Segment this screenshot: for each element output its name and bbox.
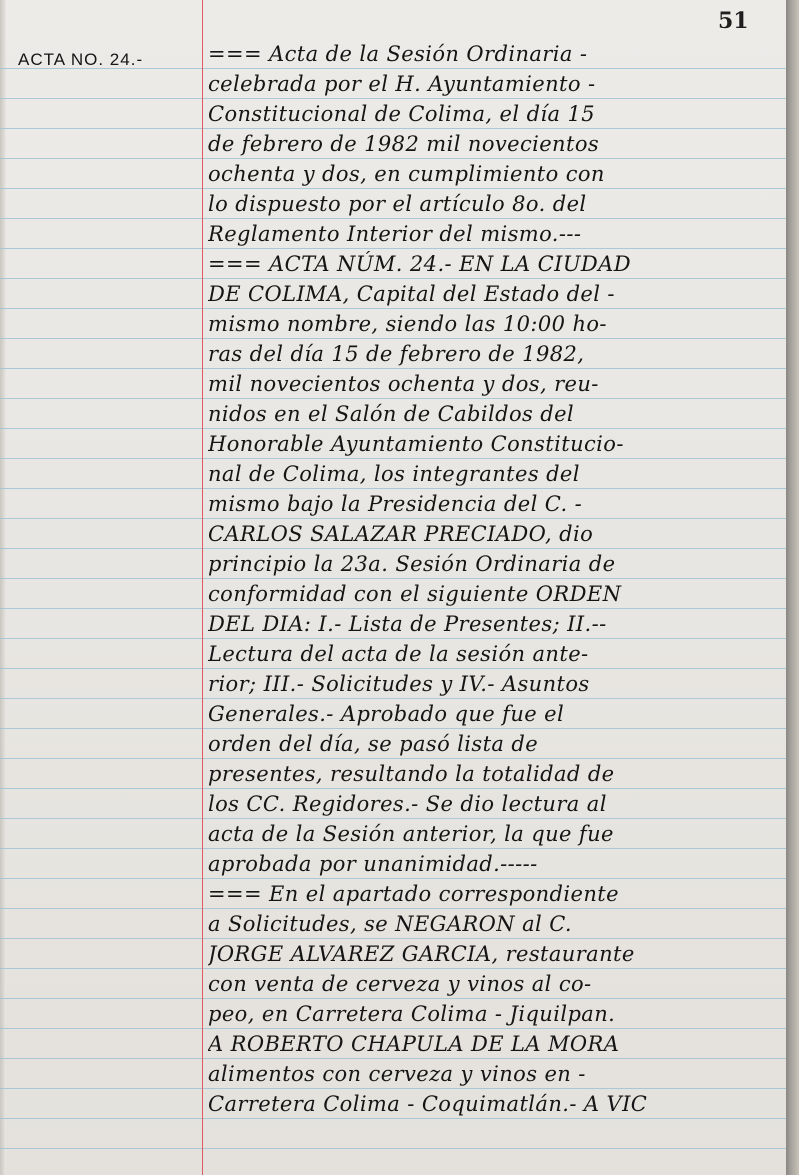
text-line: los CC. Regidores.- Se dio lectura al bbox=[208, 790, 786, 818]
text-line: DE COLIMA, Capital del Estado del - bbox=[208, 280, 786, 308]
text-line: === Acta de la Sesión Ordinaria - bbox=[208, 40, 786, 68]
text-line: con venta de cerveza y vinos al co- bbox=[208, 970, 786, 998]
ruled-line bbox=[0, 488, 786, 489]
ruled-line bbox=[0, 578, 786, 579]
ruled-line bbox=[0, 548, 786, 549]
text-line: === ACTA NÚM. 24.- EN LA CIUDAD bbox=[208, 250, 786, 278]
text-line: mil novecientos ochenta y dos, reu- bbox=[208, 370, 786, 398]
ruled-line bbox=[0, 1028, 786, 1029]
text-line: celebrada por el H. Ayuntamiento - bbox=[208, 70, 786, 98]
ruled-line bbox=[0, 878, 786, 879]
ruled-line bbox=[0, 758, 786, 759]
text-line: aprobada por unanimidad.----- bbox=[208, 850, 786, 878]
text-line: DEL DIA: I.- Lista de Presentes; II.-- bbox=[208, 610, 786, 638]
ruled-line bbox=[0, 458, 786, 459]
text-line: alimentos con cerveza y vinos en - bbox=[208, 1060, 786, 1088]
ruled-line bbox=[0, 278, 786, 279]
ruled-line bbox=[0, 818, 786, 819]
ruled-line bbox=[0, 518, 786, 519]
text-line: Lectura del acta de la sesión ante- bbox=[208, 640, 786, 668]
text-line: Honorable Ayuntamiento Constitucio- bbox=[208, 430, 786, 458]
ruled-line bbox=[0, 1058, 786, 1059]
text-line: nal de Colima, los integrantes del bbox=[208, 460, 786, 488]
ruled-line bbox=[0, 158, 786, 159]
ruled-line bbox=[0, 248, 786, 249]
text-line: A ROBERTO CHAPULA DE LA MORA bbox=[208, 1030, 786, 1058]
ruled-line bbox=[0, 188, 786, 189]
ruled-line bbox=[0, 968, 786, 969]
book-page-edge bbox=[786, 0, 799, 1175]
ruled-line bbox=[0, 788, 786, 789]
text-line: lo dispuesto por el artículo 8o. del bbox=[208, 190, 786, 218]
ruled-line bbox=[0, 308, 786, 309]
text-line: ras del día 15 de febrero de 1982, bbox=[208, 340, 786, 368]
text-line: nidos en el Salón de Cabildos del bbox=[208, 400, 786, 428]
red-margin-line bbox=[202, 0, 203, 1175]
ruled-line bbox=[0, 1148, 786, 1149]
text-line: CARLOS SALAZAR PRECIADO, dio bbox=[208, 520, 786, 548]
ruled-line bbox=[0, 398, 786, 399]
text-line: a Solicitudes, se NEGARON al C. bbox=[208, 910, 786, 938]
ruled-line bbox=[0, 428, 786, 429]
text-line: Constitucional de Colima, el día 15 bbox=[208, 100, 786, 128]
text-line: presentes, resultando la totalidad de bbox=[208, 760, 786, 788]
page-number: 51 bbox=[718, 8, 749, 34]
margin-act-label: ACTA NO. 24.- bbox=[18, 50, 143, 70]
ruled-line bbox=[0, 698, 786, 699]
text-line: acta de la Sesión anterior, la que fue bbox=[208, 820, 786, 848]
text-line: === En el apartado correspondiente bbox=[208, 880, 786, 908]
text-line: Reglamento Interior del mismo.--- bbox=[208, 220, 786, 248]
text-line: ochenta y dos, en cumplimiento con bbox=[208, 160, 786, 188]
text-line: conformidad con el siguiente ORDEN bbox=[208, 580, 786, 608]
text-line: rior; III.- Solicitudes y IV.- Asuntos bbox=[208, 670, 786, 698]
ruled-line bbox=[0, 1088, 786, 1089]
text-line: peo, en Carretera Colima - Jiquilpan. bbox=[208, 1000, 786, 1028]
text-line: Carretera Colima - Coquimatlán.- A VIC bbox=[208, 1090, 786, 1118]
ledger-page: 51 ACTA NO. 24.- === Acta de la Sesión O… bbox=[0, 0, 786, 1175]
ruled-line bbox=[0, 728, 786, 729]
ruled-line bbox=[0, 1118, 786, 1119]
ruled-line bbox=[0, 998, 786, 999]
ruled-line bbox=[0, 368, 786, 369]
ruled-line bbox=[0, 638, 786, 639]
ruled-line bbox=[0, 668, 786, 669]
text-line: JORGE ALVAREZ GARCIA, restaurante bbox=[208, 940, 786, 968]
ruled-line bbox=[0, 128, 786, 129]
ruled-line bbox=[0, 608, 786, 609]
text-line: de febrero de 1982 mil novecientos bbox=[208, 130, 786, 158]
text-line: mismo bajo la Presidencia del C. - bbox=[208, 490, 786, 518]
ruled-line bbox=[0, 218, 786, 219]
text-line: orden del día, se pasó lista de bbox=[208, 730, 786, 758]
text-line: mismo nombre, siendo las 10:00 ho- bbox=[208, 310, 786, 338]
ruled-line bbox=[0, 938, 786, 939]
ruled-line bbox=[0, 848, 786, 849]
text-line: Generales.- Aprobado que fue el bbox=[208, 700, 786, 728]
ruled-line bbox=[0, 98, 786, 99]
text-line: principio la 23a. Sesión Ordinaria de bbox=[208, 550, 786, 578]
ruled-line bbox=[0, 908, 786, 909]
ruled-line bbox=[0, 338, 786, 339]
